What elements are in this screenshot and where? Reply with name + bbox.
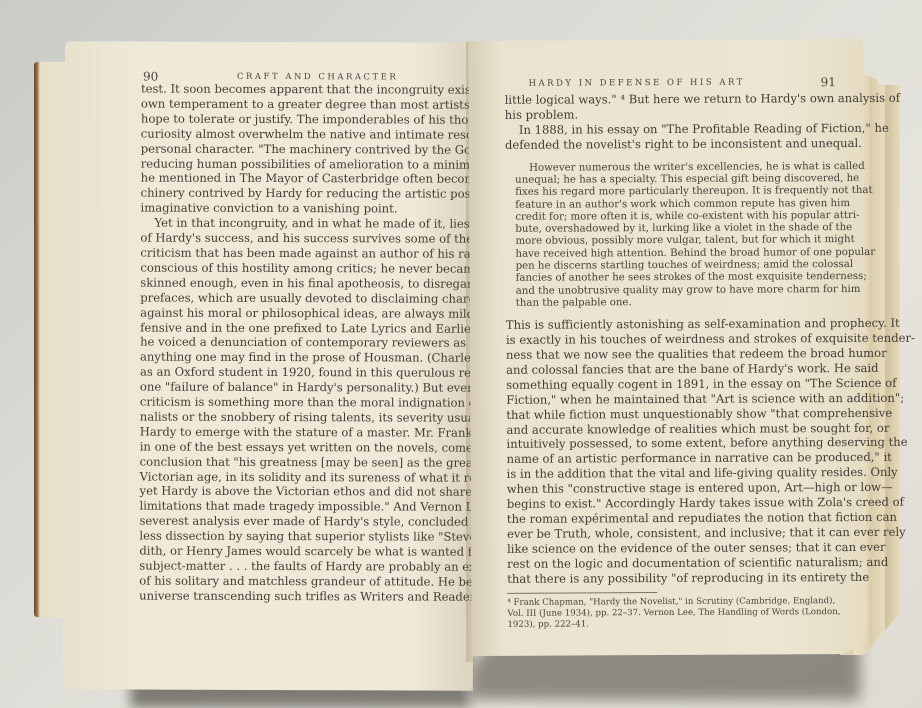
text-line: that there is any possibility "of reprod… <box>507 570 869 587</box>
text-line: against his moral or philosophical ideas… <box>140 305 474 321</box>
page-number: 91 <box>821 75 836 89</box>
text-line: he voiced a denunciation of contemporary… <box>140 335 474 351</box>
intro-paragraph: little logical ways." ⁴ But here we retu… <box>505 91 867 153</box>
footnote-rule <box>507 592 657 594</box>
text-line: he mentioned in The Mayor of Casterbridg… <box>141 171 475 187</box>
body-text: test. It soon becomes apparent that the … <box>139 82 475 605</box>
text-line: as an Oxford student in 1920, found in t… <box>140 365 474 381</box>
text-line: and the unobtrusive quality may grow to … <box>516 284 866 298</box>
text-line: dith, or Henry James would scarcely be w… <box>139 544 473 560</box>
left-page: 90 CRAFT AND CHARACTER test. It soon bec… <box>63 41 475 690</box>
text-line: Vol. III (June 1934), pp. 22–37. Vernon … <box>507 606 869 619</box>
text-line: less dissection by saying that superior … <box>139 529 473 545</box>
text-line: skinned enough, even in his final apothe… <box>140 275 474 291</box>
text-line: anything one may find in the prose of Ho… <box>140 350 474 366</box>
text-line: 1923), pp. 222–41. <box>507 617 869 630</box>
text-line: rest on the logic and documentation of s… <box>507 555 869 572</box>
text-line: defended the novelist's right to be inco… <box>505 136 867 153</box>
running-head: HARDY IN DEFENSE OF HIS ART <box>529 78 745 89</box>
text-line: prefaces, which are usually devoted to d… <box>140 290 474 306</box>
right-page: HARDY IN DEFENSE OF HIS ART 91 little lo… <box>468 39 866 656</box>
text-line: like science on the evidence of the oute… <box>507 540 869 557</box>
text-line: Yet in that incongruity, and in what he … <box>140 216 474 232</box>
text-line: Fiction," when he maintained that "Art i… <box>506 391 868 408</box>
text-line: curiosity almost overwhelm the native an… <box>141 126 475 142</box>
text-line: subject-matter . . . the faults of Hardy… <box>139 559 473 575</box>
text-line: something equally cogent in 1891, in the… <box>506 376 868 393</box>
text-line: criticism that has been made against an … <box>140 246 474 262</box>
text-line: little logical ways." ⁴ But here we retu… <box>505 91 867 108</box>
text-line: conclusion that "his greatness [may be s… <box>140 454 474 470</box>
text-line: reducing human possibilities of ameliora… <box>141 156 475 172</box>
body-text: little logical ways." ⁴ But here we retu… <box>505 91 870 630</box>
text-line: that while fiction must unquestionably s… <box>506 406 868 423</box>
text-line: and colossal fancies that are the bane o… <box>506 361 868 378</box>
text-line: yet Hardy is above the Victorian ethos a… <box>140 484 474 500</box>
text-line: In 1888, in his essay on "The Profitable… <box>505 121 867 138</box>
text-line: than the palpable one. <box>516 296 866 310</box>
text-line: severest analysis ever made of Hardy's s… <box>139 514 473 530</box>
text-line: ever be Truth, whole, consistent, and in… <box>507 525 869 542</box>
text-line: test. It soon becomes apparent that the … <box>141 82 475 98</box>
text-line: of his solitary and matchless grandeur o… <box>139 573 473 589</box>
text-line: fensive and in the one prefixed to Late … <box>140 320 474 336</box>
text-line: fixes his regard more particularly there… <box>515 185 865 199</box>
text-line: Hardy to emerge with the stature of a ma… <box>140 424 474 440</box>
text-line: conscious of this hostility among critic… <box>140 260 474 276</box>
text-line: the roman expérimental and repudiates th… <box>507 510 869 527</box>
footnote: ⁴ Frank Chapman, "Hardy the Novelist," i… <box>507 595 869 630</box>
text-line: of Hardy's success, and his success surv… <box>140 231 474 247</box>
block-quote: However numerous the writer's excellenci… <box>515 161 866 310</box>
text-line: universe transcending such trifles as Wr… <box>139 588 473 604</box>
photo-scene: 90 CRAFT AND CHARACTER test. It soon bec… <box>0 0 922 708</box>
text-line: criticism is something more than the mor… <box>140 395 474 411</box>
text-line: in one of the best essays yet written on… <box>140 439 474 455</box>
running-head: CRAFT AND CHARACTER <box>237 72 398 83</box>
text-line: personal character. "The machinery contr… <box>141 141 475 157</box>
text-line: nalists or the snobbery of rising talent… <box>140 409 474 425</box>
body-paragraph: This is sufficiently astonishing as self… <box>506 316 869 586</box>
text-line: one "failure of balance" in Hardy's pers… <box>140 380 474 396</box>
text-line: limitations that made tragedy impossible… <box>139 499 473 515</box>
text-line: hope to tolerate or justify. The imponde… <box>141 111 475 127</box>
text-line: own temperament to a greater degree than… <box>141 96 475 112</box>
text-line: chinery contrived by Hardy for reducing … <box>141 186 475 202</box>
text-line: imaginative conviction to a vanishing po… <box>141 201 475 217</box>
text-line: Victorian age, in its solidity and its s… <box>140 469 474 485</box>
